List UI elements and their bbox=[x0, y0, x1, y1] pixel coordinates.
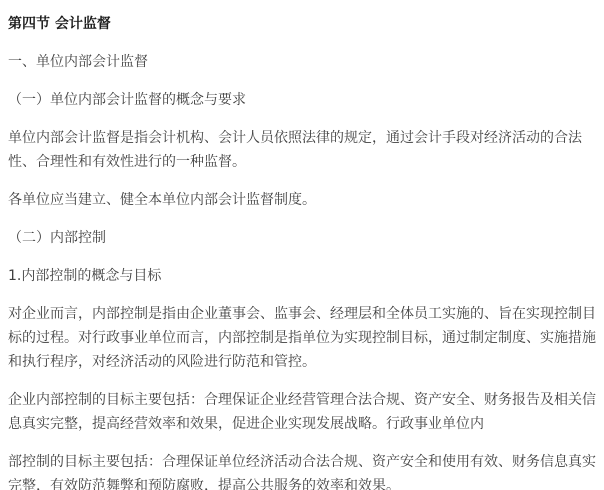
document-page: 第四节 会计监督 一、单位内部会计监督（一）单位内部会计监督的概念与要求单位内部… bbox=[0, 0, 604, 490]
paragraph: 对企业而言，内部控制是指由企业董事会、监事会、经理层和全体员工实施的、旨在实现控… bbox=[8, 302, 596, 374]
paragraph: 1.内部控制的概念与目标 bbox=[8, 264, 596, 288]
section-title: 第四节 会计监督 bbox=[8, 12, 596, 36]
paragraph: 单位内部会计监督是指会计机构、会计人员依照法律的规定，通过会计手段对经济活动的合… bbox=[8, 126, 596, 174]
paragraph: 企业内部控制的目标主要包括：合理保证企业经营管理合法合规、资产安全、财务报告及相… bbox=[8, 388, 596, 436]
paragraphs-container: 一、单位内部会计监督（一）单位内部会计监督的概念与要求单位内部会计监督是指会计机… bbox=[8, 50, 596, 490]
paragraph: （二）内部控制 bbox=[8, 226, 596, 250]
paragraph: 各单位应当建立、健全本单位内部会计监督制度。 bbox=[8, 188, 596, 212]
paragraph: 部控制的目标主要包括：合理保证单位经济活动合法合规、资产安全和使用有效、财务信息… bbox=[8, 450, 596, 490]
paragraph: 一、单位内部会计监督 bbox=[8, 50, 596, 74]
paragraph: （一）单位内部会计监督的概念与要求 bbox=[8, 88, 596, 112]
